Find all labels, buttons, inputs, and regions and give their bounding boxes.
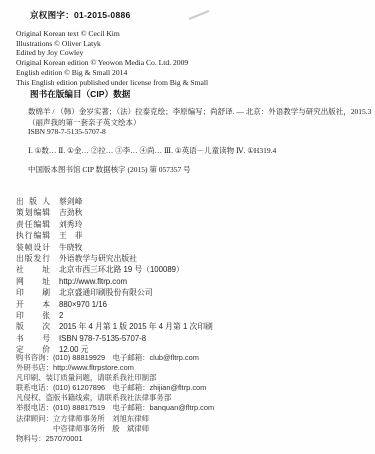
copyright-registration-number: 京权图字：01-2015-0886 bbox=[30, 9, 131, 21]
row-value: 刘秀玲 bbox=[59, 219, 82, 230]
english-credits-block: Original Korean text © Cecil Kim Illustr… bbox=[16, 29, 208, 87]
table-row: 装帧设计 牛晓牧 bbox=[16, 242, 213, 253]
row-value: 牛晓牧 bbox=[59, 242, 82, 253]
contact-line-print-tel: 联系电话：(010) 61207896 电子邮箱：zhijian@fltrp.c… bbox=[16, 383, 214, 393]
row-label: 出版人 bbox=[16, 196, 50, 207]
table-row: 网址 http://www.fltrp.com bbox=[16, 276, 213, 287]
row-value: http://www.fltrp.com bbox=[59, 276, 127, 287]
credit-line: Original Korean edition © Yeowon Media C… bbox=[16, 58, 208, 68]
table-row: 版次 2015 年 4 月第 1 版 2015 年 4 月第 1 次印刷 bbox=[16, 321, 213, 332]
table-row: 出版人 蔡剑峰 bbox=[16, 196, 213, 207]
pencil-mark bbox=[189, 10, 210, 20]
row-value: 880×970 1/16 bbox=[59, 299, 107, 310]
row-label: 社址 bbox=[16, 264, 50, 275]
contact-line-print-note: 凡印刷、装订质量问题，请联系我社印制部 bbox=[16, 373, 214, 383]
cip-classification: Ⅰ. ①数… Ⅱ. ①金… ②拉… ③李… ④尚… Ⅲ. ①英语－儿童读物 Ⅳ.… bbox=[28, 145, 276, 156]
cip-isbn: ISBN 978-7-5135-5707-8 bbox=[28, 127, 106, 136]
row-label: 开本 bbox=[16, 299, 50, 310]
cip-record-number: 中国版本图书馆 CIP 数据核字 (2015) 第 057357 号 bbox=[28, 164, 191, 175]
row-value: 北京盛通印刷股份有限公司 bbox=[59, 287, 153, 298]
cip-section-header: 图书在版编目（CIP）数据 bbox=[30, 88, 130, 100]
material-number: 物料号：257070001 bbox=[16, 434, 214, 444]
table-row: 印张 2 bbox=[16, 310, 213, 321]
publication-info-table: 出版人 蔡剑峰 策划编辑 吉劲秋 责任编辑 刘秀玲 执行编辑 王 菲 装帧设计 … bbox=[16, 196, 213, 356]
row-value: 王 菲 bbox=[59, 230, 82, 241]
table-row: 责任编辑 刘秀玲 bbox=[16, 219, 213, 230]
credit-line: This English edition published under lic… bbox=[16, 78, 208, 88]
row-value: 2015 年 4 月第 1 版 2015 年 4 月第 1 次印刷 bbox=[59, 321, 213, 332]
row-label: 责任编辑 bbox=[16, 219, 50, 230]
table-row: 书号 ISBN 978-7-5135-5707-8 bbox=[16, 333, 213, 344]
row-value: 吉劲秋 bbox=[59, 207, 82, 218]
table-row: 执行编辑 王 菲 bbox=[16, 230, 213, 241]
credit-line: Original Korean text © Cecil Kim bbox=[16, 29, 208, 39]
row-value: 外语教学与研究出版社 bbox=[59, 253, 137, 264]
row-value: 北京市西三环北路 19 号（100089） bbox=[59, 264, 184, 275]
table-row: 印刷 北京盛通印刷股份有限公司 bbox=[16, 287, 213, 298]
contact-info-block: 购书咨询：(010) 88819929 电子邮箱：club@fltrp.com … bbox=[16, 353, 214, 444]
copyright-page: 京权图字：01-2015-0886 Original Korean text ©… bbox=[0, 0, 375, 454]
row-label: 执行编辑 bbox=[16, 230, 50, 241]
row-label: 印刷 bbox=[16, 287, 50, 298]
table-row: 社址 北京市西三环北路 19 号（100089） bbox=[16, 264, 213, 275]
row-label: 网址 bbox=[16, 276, 50, 287]
row-value: 蔡剑峰 bbox=[59, 196, 82, 207]
credit-line: English edition © Big & Small 2014 bbox=[16, 68, 208, 78]
row-label: 印张 bbox=[16, 310, 50, 321]
contact-line-purchase: 购书咨询：(010) 88819929 电子邮箱：club@fltrp.com bbox=[16, 353, 214, 363]
cip-description: 数绵羊 / （韩）金岁实著；（法）拉泰克绘；李原编写；尚舒译. — 北京：外语教… bbox=[28, 106, 371, 117]
row-value: 2 bbox=[59, 310, 63, 321]
table-row: 策划编辑 吉劲秋 bbox=[16, 207, 213, 218]
table-row: 出版发行 外语教学与研究出版社 bbox=[16, 253, 213, 264]
contact-line-report-tel: 举报电话：(010) 88817519 电子邮箱：banquan@fltrp.c… bbox=[16, 403, 214, 413]
row-label: 装帧设计 bbox=[16, 242, 50, 253]
table-row: 开本 880×970 1/16 bbox=[16, 299, 213, 310]
contact-line-bookstore: 外研书店：http://www.fltrpstore.com bbox=[16, 363, 214, 373]
contact-line-piracy-note: 凡侵权、盗版书籍线索，请联系我社法律事务部 bbox=[16, 393, 214, 403]
row-label: 书号 bbox=[16, 333, 50, 344]
row-label: 版次 bbox=[16, 321, 50, 332]
contact-line-legal-1: 法律顾问：立方律师事务所 刘旭东律师 bbox=[16, 414, 214, 424]
row-label: 出版发行 bbox=[16, 253, 50, 264]
row-value: ISBN 978-7-5135-5707-8 bbox=[59, 333, 146, 344]
row-label: 策划编辑 bbox=[16, 207, 50, 218]
credit-line: Edited by Joy Cowley bbox=[16, 48, 208, 58]
credit-line: Illustrations © Oliver Latyk bbox=[16, 39, 208, 49]
contact-line-legal-2: 中咨律师事务所 殷 斌律师 bbox=[16, 424, 214, 434]
